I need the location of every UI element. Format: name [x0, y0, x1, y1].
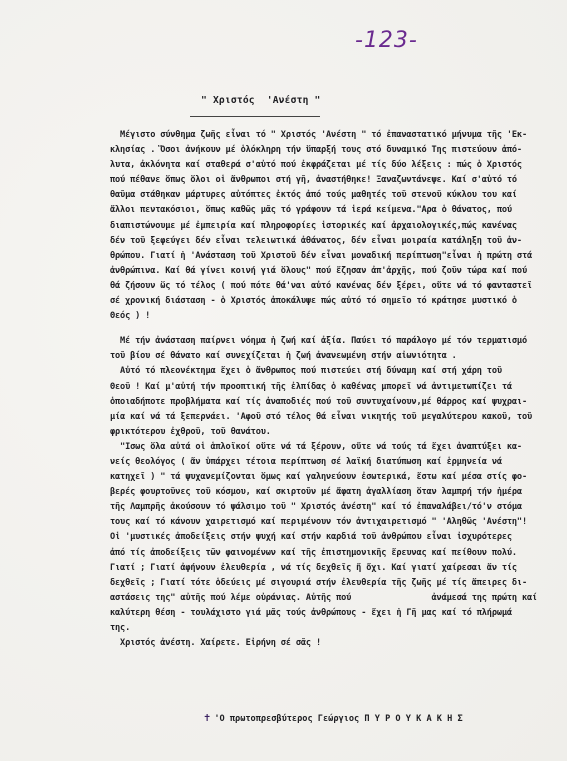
signature: ✝'Ο πρωτοπρεσβύτερος Γεώργιος Π Υ Ρ Ο Υ …: [183, 701, 463, 734]
document-title: " Χριστός 'Ανέστη ": [201, 95, 321, 106]
text-line: θαῦμα στάθηκαν μάρτυρες αὐτόπτες ἐκτός ἀ…: [110, 188, 550, 203]
text-line: ὁποιαδήποτε προβλήματα καί τίς ἀναποδιές…: [110, 395, 550, 410]
text-line: Θεός ) !: [110, 309, 550, 324]
text-line: ἄλλοι πεντακόσιοι, ὅπως καθῶς μᾶς τό γρά…: [110, 203, 550, 218]
text-line: τους καί τό κάνουν χαιρετισμό καί περιμέ…: [110, 515, 550, 530]
text-line: Οἱ 'μυστικές ἀποδείξεις στήν ψυχή καί στ…: [110, 530, 550, 545]
text-line: κατηχεῖ ) " τά ψυχανεμίζονται ὅμως καί γ…: [110, 470, 550, 485]
text-line: Μέ τήν ἀνάσταση παίρνει νόημα ἡ ζωή καί …: [110, 334, 550, 349]
paragraph: Μέγιστο σύνθημα ζωῆς εἶναι τό " Χριστός …: [110, 128, 550, 324]
text-line: Θεοῦ ! Καί μ'αὐτή τήν προοπτική τῆς ἐλπί…: [110, 380, 550, 395]
text-line: τῆς Λαμπρῆς ἀκούσουν τό ψάλσιμο τοῦ " Χρ…: [110, 500, 550, 515]
paragraph-gap: [110, 324, 550, 334]
title-underline: [190, 116, 320, 117]
text-line: νείς θεολόγος ( ἄν ὑπάρχει τέτοια περίπτ…: [110, 455, 550, 470]
text-line: δεχθεῖς ; Γιατί τότε ὁδεύεις μέ σιγουριά…: [110, 576, 550, 591]
paragraph: Χριστός ἀνέστη. Χαίρετε. Εἰρήνη σέ σᾶς !: [110, 636, 550, 651]
text-line: σέ χρονική διάσταση - ὁ Χριστός ἀποκάλυψ…: [110, 294, 550, 309]
text-line: διαπιστώνουμε μέ ἐμπειρία καί πληροφορίε…: [110, 219, 550, 234]
body-text: Μέγιστο σύνθημα ζωῆς εἶναι τό " Χριστός …: [110, 128, 550, 651]
text-line: τοῦ βίου σέ θάνατο καί συνεχίζεται ἡ ζωή…: [110, 349, 550, 364]
text-line: "Ισως ὅλα αὐτά οἱ ἁπλοϊκοί οὔτε νά τά ξέ…: [110, 440, 550, 455]
page-number: -123-: [355, 28, 418, 53]
text-line: Γιατί ; Γιατί ἀφήνουν ἐλευθερία , νά τίς…: [110, 561, 550, 576]
text-line: θά ζήσουν ὥς τό τέλος ( πού πότε θά'ναι …: [110, 279, 550, 294]
text-line: λυτα, ἀκλόνητα καί σταθερά σ'αὐτό πού ἐκ…: [110, 158, 550, 173]
text-line: θρώπου. Γιατί ἡ 'Ανάσταση τοῦ Χριστοῦ δέ…: [110, 249, 550, 264]
document-page: -123- " Χριστός 'Ανέστη " Μέγιστο σύνθημ…: [0, 0, 567, 761]
text-line: βερές φουρτοῦνες τοῦ κόσμου, καί σκιρτοῦ…: [110, 485, 550, 500]
text-line: πού πέθανε ὅπως ὅλοι οἱ ἄνθρωποι στή γῆ,…: [110, 173, 550, 188]
text-line: της.: [110, 621, 550, 636]
text-line: αστάσεις της" αὐτῆς πού λέμε οὐράνιας. Α…: [110, 591, 550, 606]
text-line: μία καί νά τά ξεπερνάει. 'Αφοῦ στό τέλος…: [110, 410, 550, 425]
text-line: Χριστός ἀνέστη. Χαίρετε. Εἰρήνη σέ σᾶς !: [110, 636, 550, 651]
text-line: ἀπό τίς ἀποδείξεις τῶν φαινομένων καί τῆ…: [110, 546, 550, 561]
text-line: φρικτότερου ἐχθροῦ, τοῦ θανάτου.: [110, 425, 550, 440]
text-line: ἀνθρώπινα. Καί θά γίνει κοινή γιά ὅλους"…: [110, 264, 550, 279]
text-line: Μέγιστο σύνθημα ζωῆς εἶναι τό " Χριστός …: [110, 128, 550, 143]
text-line: κλησίας . Ὅσοι ἀνήκουν μέ ὁλόκληρη τήν ὕ…: [110, 143, 550, 158]
cross-icon: ✝: [204, 711, 211, 724]
signature-text: 'Ο πρωτοπρεσβύτερος Γεώργιος Π Υ Ρ Ο Υ Κ…: [214, 714, 462, 724]
text-line: καλύτερη θέση - τουλάχιστο γιά μᾶς τούς …: [110, 606, 550, 621]
paragraph: Μέ τήν ἀνάσταση παίρνει νόημα ἡ ζωή καί …: [110, 334, 550, 636]
text-line: δέν τοῦ ξεφεύγει δέν εἶναι τελειωτικά ἀθ…: [110, 234, 550, 249]
text-line: Αὐτό τό πλεονέκτημα ἔχει ὁ ἄνθρωπος πού …: [110, 364, 550, 379]
